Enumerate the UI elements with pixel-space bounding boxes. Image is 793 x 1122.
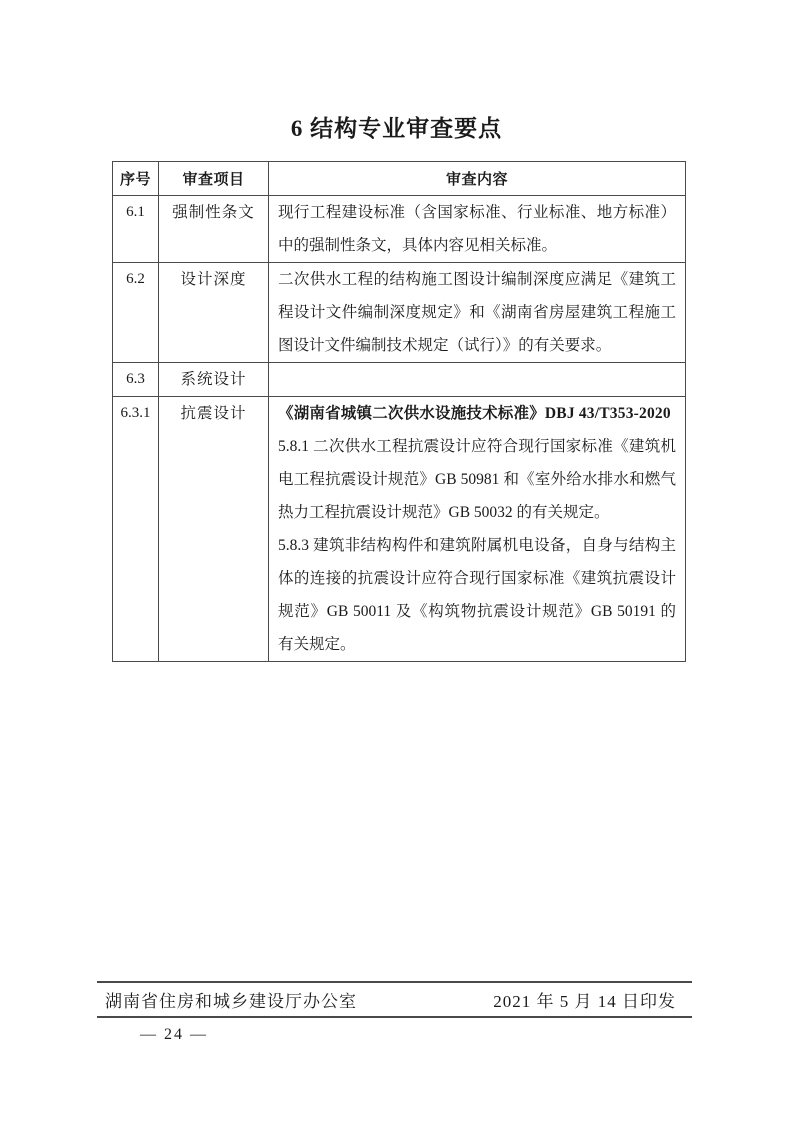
page-title: 6 结构专业审查要点 <box>0 110 793 143</box>
table-row: 6.1 强制性条文 现行工程建设标准（含国家标准、行业标准、地方标准）中的强制性… <box>113 196 686 263</box>
row-item: 强制性条文 <box>159 196 269 263</box>
row-no: 6.3 <box>113 363 159 397</box>
review-table: 序号 审查项目 审查内容 6.1 强制性条文 现行工程建设标准（含国家标准、行业… <box>112 161 686 662</box>
row-item: 设计深度 <box>159 263 269 363</box>
content-paragraph: 二次供水工程的结构施工图设计编制深度应满足《建筑工程设计文件编制深度规定》和《湖… <box>278 263 676 362</box>
standard-heading: 《湖南省城镇二次供水设施技术标准》DBJ 43/T353-2020 <box>278 397 676 430</box>
row-no: 6.1 <box>113 196 159 263</box>
table-row: 6.3.1 抗震设计 《湖南省城镇二次供水设施技术标准》DBJ 43/T353-… <box>113 397 686 662</box>
page-number: — 24 — <box>140 1026 208 1044</box>
table-row: 6.2 设计深度 二次供水工程的结构施工图设计编制深度应满足《建筑工程设计文件编… <box>113 263 686 363</box>
header-content: 审查内容 <box>269 162 686 196</box>
table-row: 6.3 系统设计 <box>113 363 686 397</box>
content-paragraph: 5.8.3 建筑非结构构件和建筑附属机电设备，自身与结构主体的连接的抗震设计应符… <box>278 529 676 661</box>
row-item: 系统设计 <box>159 363 269 397</box>
row-content: 二次供水工程的结构施工图设计编制深度应满足《建筑工程设计文件编制深度规定》和《湖… <box>269 263 686 363</box>
header-no: 序号 <box>113 162 159 196</box>
header-item: 审查项目 <box>159 162 269 196</box>
row-no: 6.3.1 <box>113 397 159 662</box>
content-paragraph: 现行工程建设标准（含国家标准、行业标准、地方标准）中的强制性条文，具体内容见相关… <box>278 196 676 262</box>
table-header-row: 序号 审查项目 审查内容 <box>113 162 686 196</box>
footer-band: 湖南省住房和城乡建设厅办公室 2021 年 5 月 14 日印发 <box>97 981 692 1018</box>
row-no: 6.2 <box>113 263 159 363</box>
document-page: 6 结构专业审查要点 序号 审查项目 审查内容 6.1 强制性条文 现行工程建设… <box>0 0 793 1122</box>
row-content: 《湖南省城镇二次供水设施技术标准》DBJ 43/T353-2020 5.8.1 … <box>269 397 686 662</box>
row-content: 现行工程建设标准（含国家标准、行业标准、地方标准）中的强制性条文，具体内容见相关… <box>269 196 686 263</box>
footer-date: 2021 年 5 月 14 日印发 <box>493 987 692 1012</box>
row-content-empty <box>269 363 686 397</box>
footer-issuer: 湖南省住房和城乡建设厅办公室 <box>97 987 357 1012</box>
row-item: 抗震设计 <box>159 397 269 662</box>
content-paragraph: 5.8.1 二次供水工程抗震设计应符合现行国家标准《建筑机电工程抗震设计规范》G… <box>278 430 676 529</box>
